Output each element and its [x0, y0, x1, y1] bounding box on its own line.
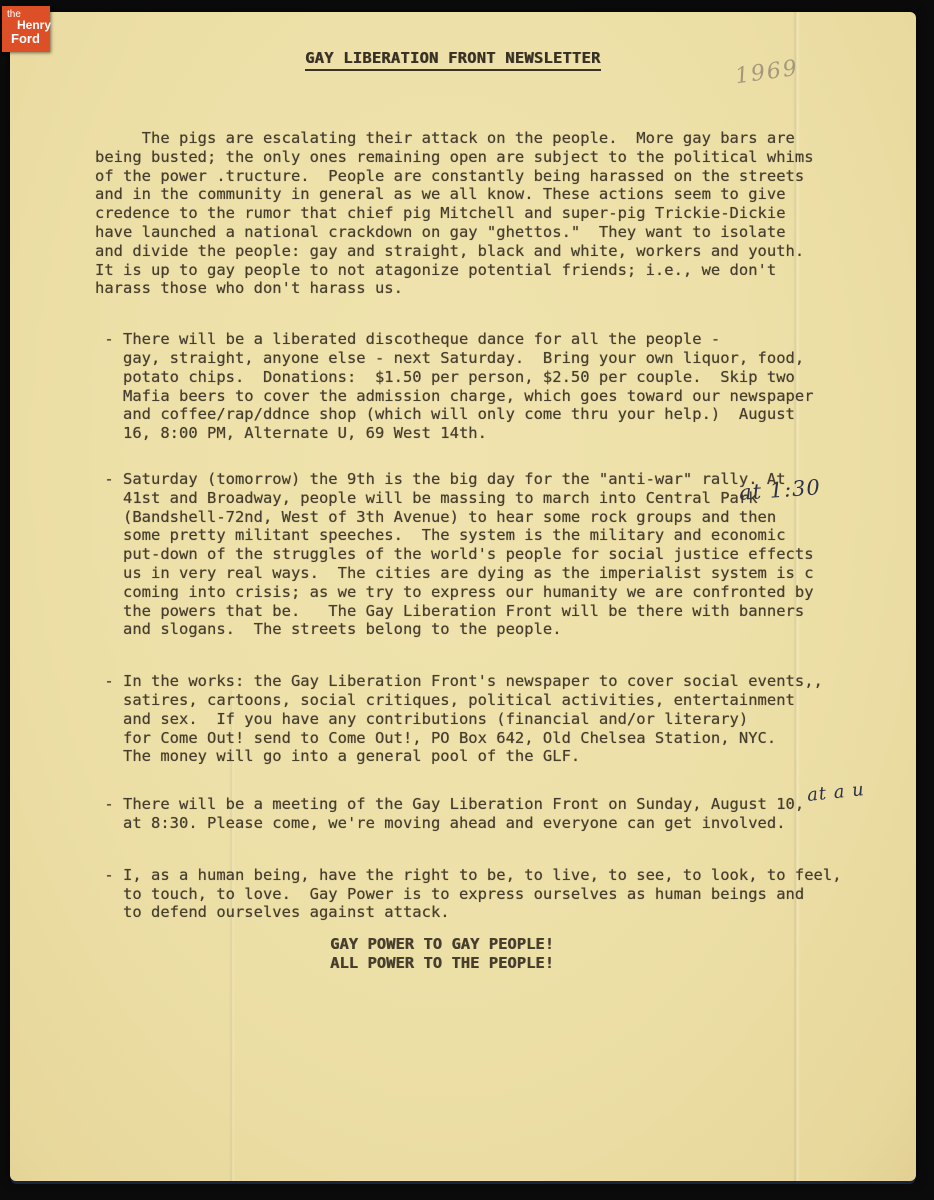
- scan-background: GAY LIBERATION FRONT NEWSLETTER 1969 The…: [0, 0, 934, 1200]
- handwritten-year: 1969: [734, 56, 801, 90]
- henry-ford-logo: the Henry Ford: [2, 6, 50, 52]
- logo-text-ford: Ford: [11, 31, 40, 46]
- intro-paragraph: The pigs are escalating their attack on …: [95, 129, 895, 298]
- bullet-antiwar-rally: - Saturday (tomorrow) the 9th is the big…: [95, 470, 895, 639]
- bullet-newspaper-come-out: - In the works: the Gay Liberation Front…: [95, 672, 895, 766]
- document-title: GAY LIBERATION FRONT NEWSLETTER: [305, 48, 601, 71]
- document-body: The pigs are escalating their attack on …: [95, 129, 895, 973]
- document-scan: GAY LIBERATION FRONT NEWSLETTER 1969 The…: [10, 12, 916, 1181]
- bullet-glf-meeting: - There will be a meeting of the Gay Lib…: [95, 795, 895, 833]
- slogan-line-2: ALL POWER TO THE PEOPLE!: [330, 954, 895, 973]
- closing-slogans: GAY POWER TO GAY PEOPLE! ALL POWER TO TH…: [95, 935, 895, 973]
- logo-text-henry: Henry: [17, 18, 51, 32]
- bullet-discotheque-dance: - There will be a liberated discotheque …: [95, 330, 895, 443]
- bullet-gay-power-statement: - I, as a human being, have the right to…: [95, 866, 895, 922]
- slogan-line-1: GAY POWER TO GAY PEOPLE!: [330, 935, 895, 954]
